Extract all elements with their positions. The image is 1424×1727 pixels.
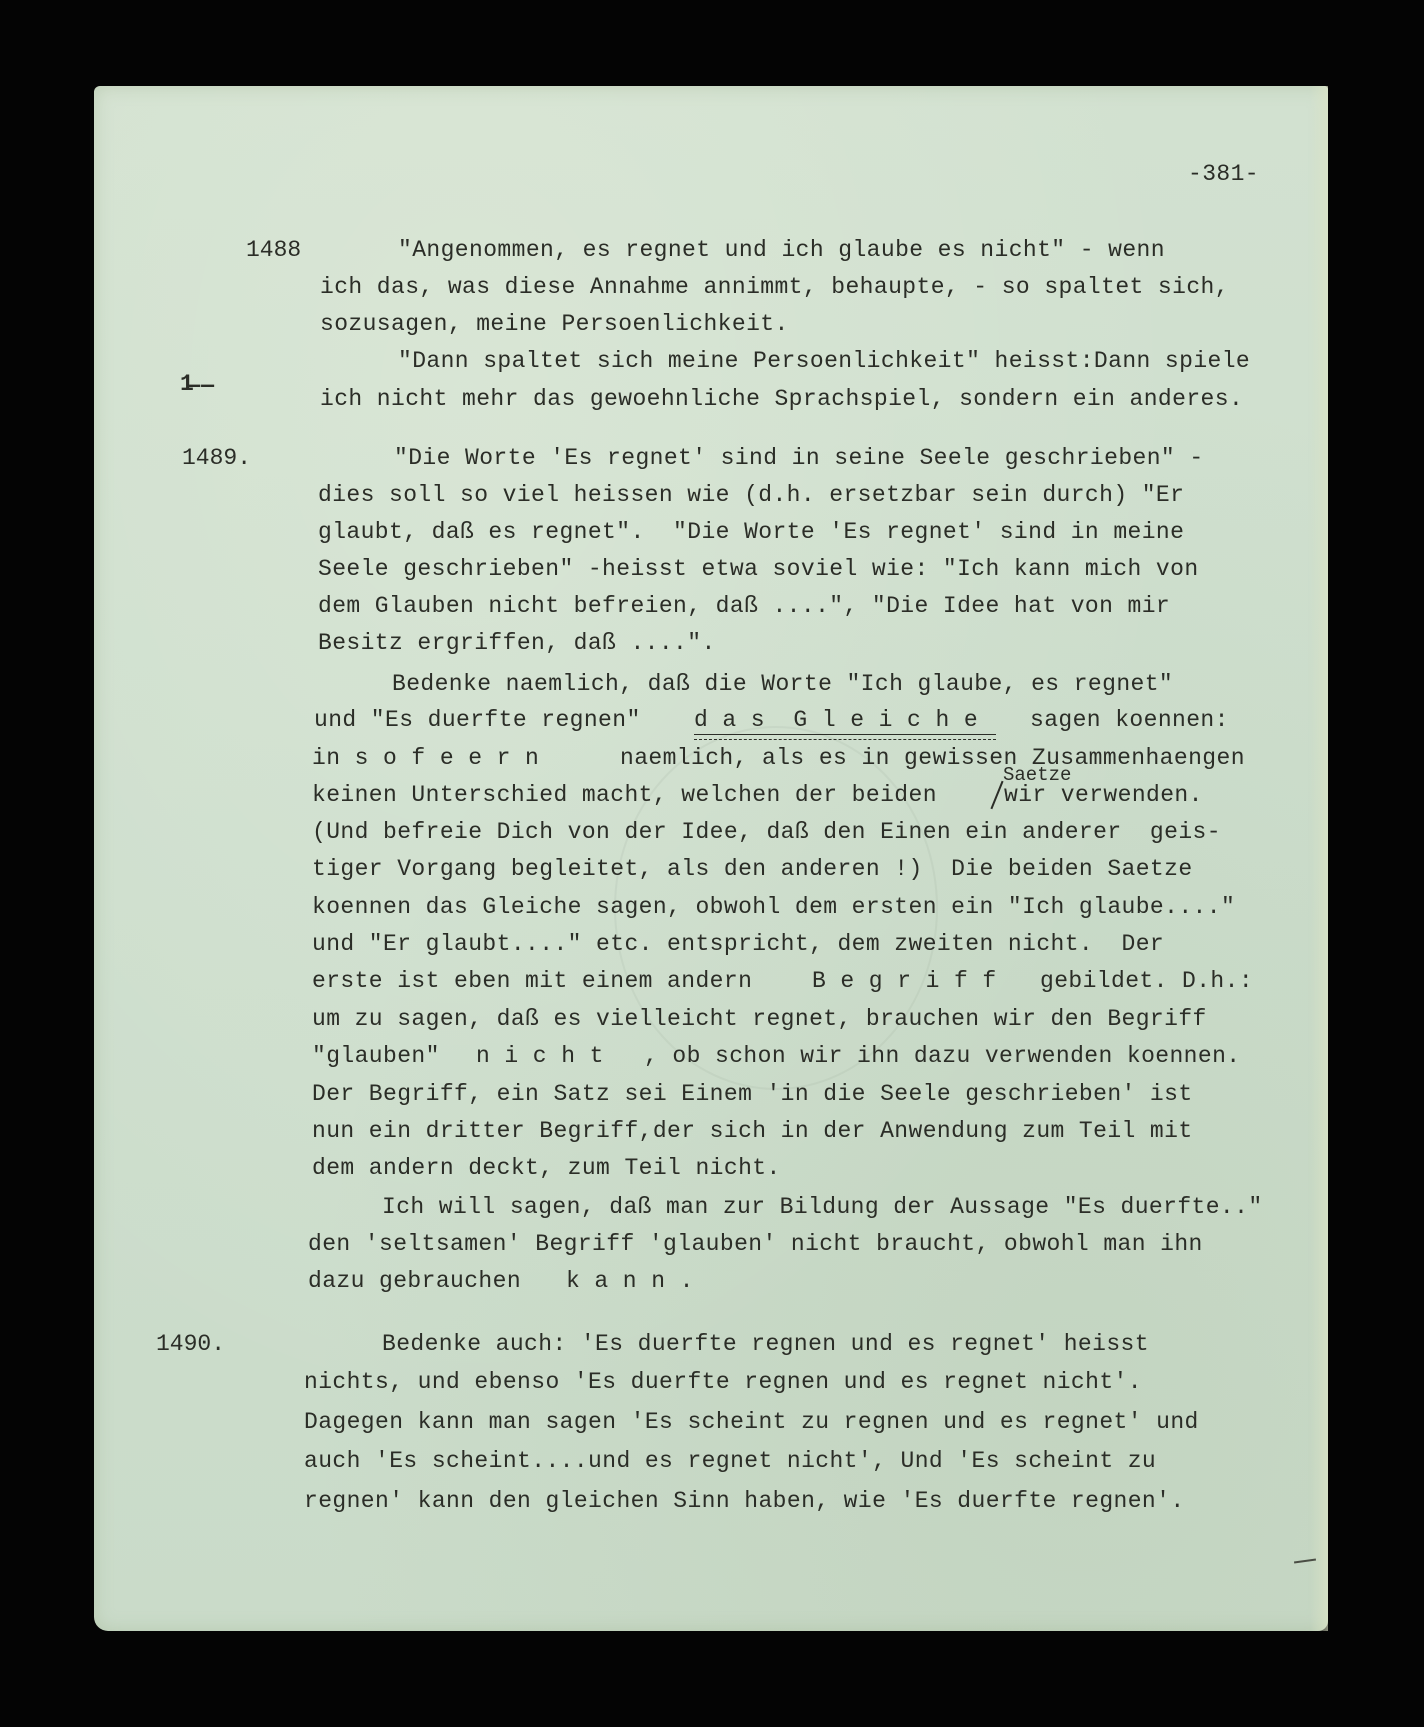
text-line: Der Begriff, ein Satz sei Einem 'in die … (312, 1083, 1193, 1106)
text-line: nun ein dritter Begriff,der sich in der … (312, 1120, 1193, 1143)
section-number-1490: 1490. (156, 1333, 225, 1356)
text-line: sozusagen, meine Persoenlichkeit. (320, 313, 789, 336)
text-line: keinen Unterschied macht, welchen der be… (312, 784, 937, 807)
text-line: sagen koennen: (1030, 709, 1229, 732)
text-line: tiger Vorgang begleitet, als den anderen… (312, 858, 1193, 881)
emphasized-spaced-text: k a n n . (566, 1270, 694, 1293)
text-line: dem andern deckt, zum Teil nicht. (312, 1157, 781, 1180)
text-line: Bedenke naemlich, daß die Worte "Ich gla… (392, 673, 1173, 696)
text-line: dazu gebrauchen (308, 1270, 521, 1293)
text-line: dem Glauben nicht befreien, daß ....", "… (318, 595, 1170, 618)
text-line: erste ist eben mit einem andern (312, 970, 752, 993)
text-line: "Dann spaltet sich meine Persoenlichkeit… (398, 350, 1250, 373)
emphasized-spaced-text: in s o f e e r n (312, 747, 539, 770)
text-line: Dagegen kann man sagen 'Es scheint zu re… (304, 1411, 1199, 1434)
text-line: Ich will sagen, daß man zur Bildung der … (382, 1196, 1263, 1219)
emphasized-spaced-text: B e g r i f f (812, 970, 997, 993)
text-line: den 'seltsamen' Begriff 'glauben' nicht … (308, 1233, 1203, 1256)
text-line: "Die Worte 'Es regnet' sind in seine See… (394, 447, 1204, 470)
text-line: (Und befreie Dich von der Idee, daß den … (312, 821, 1221, 844)
text-line: dies soll so viel heissen wie (d.h. erse… (318, 484, 1184, 507)
text-line: und "Es duerfte regnen" (314, 709, 641, 732)
text-line: nichts, und ebenso 'Es duerfte regnen un… (304, 1371, 1142, 1394)
text-line: "glauben" (312, 1045, 440, 1068)
text-line: ich das, was diese Annahme annimmt, beha… (320, 276, 1229, 299)
text-line: regnen' kann den gleichen Sinn haben, wi… (304, 1490, 1185, 1513)
text-line: Seele geschrieben" -heisst etwa soviel w… (318, 558, 1199, 581)
text-line: wir verwenden. (1004, 784, 1203, 807)
section-number-1489: 1489. (182, 447, 251, 470)
paper-edge-highlight (1310, 86, 1328, 1631)
text-line: auch 'Es scheint....und es regnet nicht'… (304, 1450, 1156, 1473)
emphasized-spaced-text: d a s G l e i c h e (694, 709, 978, 732)
text-line: ich nicht mehr das gewoehnliche Sprachsp… (320, 388, 1243, 411)
text-line: "Angenommen, es regnet und ich glaube es… (398, 239, 1165, 262)
text-line: koennen das Gleiche sagen, obwohl dem er… (312, 896, 1235, 919)
text-line: naemlich, als es in gewissen Zusammenhae… (620, 747, 1245, 770)
text-line: gebildet. D.h.: (1040, 970, 1253, 993)
margin-correction-mark: 1̶ ̶ (180, 373, 208, 396)
section-number-1488: 1488 (246, 239, 301, 262)
text-line: Bedenke auch: 'Es duerfte regnen und es … (382, 1333, 1149, 1356)
text-line: und "Er glaubt...." etc. entspricht, dem… (312, 933, 1164, 956)
page-number: -381- (1188, 163, 1259, 186)
emphasized-spaced-text: n i c h t (476, 1045, 604, 1068)
double-underline (694, 734, 996, 740)
text-line: Besitz ergriffen, daß ....". (318, 632, 716, 655)
text-line: , ob schon wir ihn dazu verwenden koenne… (644, 1045, 1241, 1068)
text-line: um zu sagen, daß es vielleicht regnet, b… (312, 1008, 1207, 1031)
text-line: glaubt, daß es regnet". "Die Worte 'Es r… (318, 521, 1184, 544)
